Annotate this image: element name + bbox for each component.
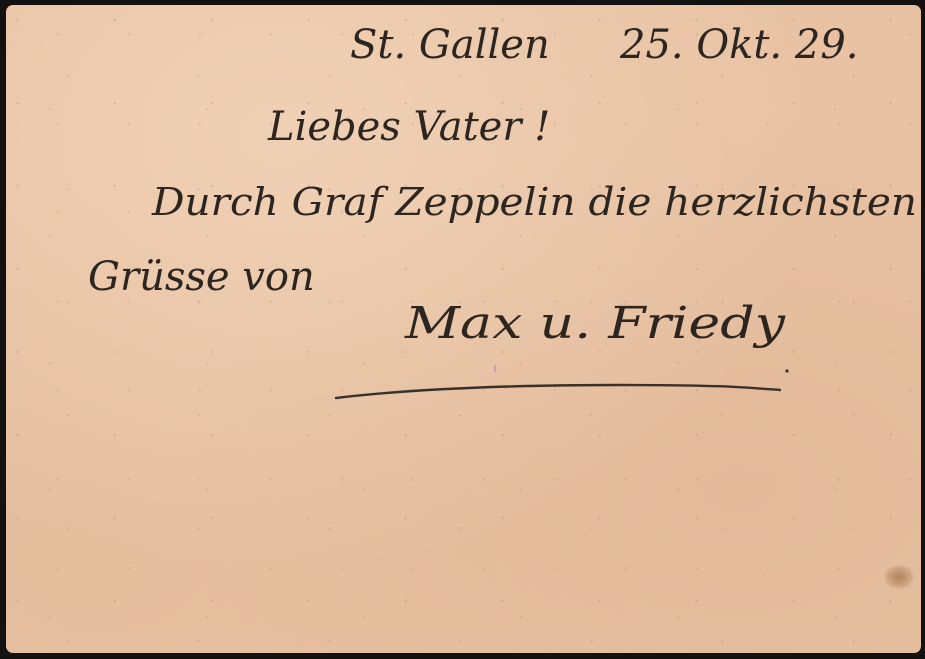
body-line-2: Grüsse von (88, 254, 315, 300)
header-place: St. Gallen (350, 22, 550, 68)
trailing-dot (785, 369, 788, 372)
signature: Max u. Friedy (404, 298, 787, 349)
body-line-1: Durch Graf Zeppelin die herzlichsten (151, 180, 917, 224)
signature-underline (336, 385, 780, 398)
postcard-scan: St. Gallen 25. Okt. 29. Liebes Vater ! D… (0, 0, 925, 659)
header-date: 25. Okt. 29. (619, 22, 858, 68)
handwriting-layer: St. Gallen 25. Okt. 29. Liebes Vater ! D… (0, 0, 925, 659)
salutation: Liebes Vater ! (267, 104, 550, 150)
